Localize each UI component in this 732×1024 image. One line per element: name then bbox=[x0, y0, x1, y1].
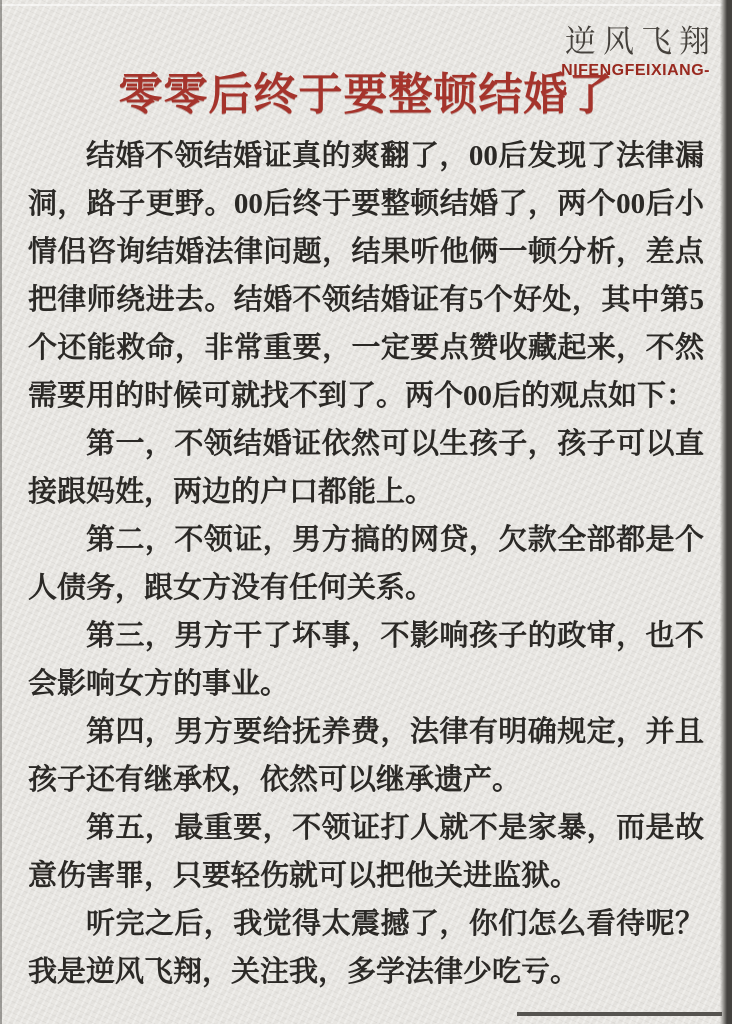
watermark-chinese-text: 逆风飞翔 bbox=[561, 26, 717, 57]
paper-page: 逆风飞翔 NIFENGFEIXIANG- 零零后终于要整顿结婚了 结婚不领结婚证… bbox=[0, 0, 732, 1024]
article-body: 结婚不领结婚证真的爽翻了，00后发现了法律漏洞，路子更野。00后终于要整顿结婚了… bbox=[0, 132, 732, 996]
paragraph: 第一，不领结婚证依然可以生孩子，孩子可以直接跟妈姓，两边的户口都能上。 bbox=[28, 420, 704, 516]
paragraph: 第五，最重要，不领证打人就不是家暴，而是故意伤害罪，只要轻伤就可以把他关进监狱。 bbox=[28, 804, 704, 900]
paragraph: 第二，不领证，男方搞的网贷，欠款全部都是个人债务，跟女方没有任何关系。 bbox=[28, 516, 704, 612]
paragraph: 结婚不领结婚证真的爽翻了，00后发现了法律漏洞，路子更野。00后终于要整顿结婚了… bbox=[28, 132, 704, 420]
photo-edge-top bbox=[0, 4, 732, 6]
page-title: 零零后终于要整顿结婚了 bbox=[0, 58, 732, 122]
paragraph: 第四，男方要给抚养费，法律有明确规定，并且孩子还有继承权，依然可以继承遗产。 bbox=[28, 708, 704, 804]
paragraph: 第三，男方干了坏事，不影响孩子的政审，也不会影响女方的事业。 bbox=[28, 612, 704, 708]
paragraph: 听完之后，我觉得太震撼了，你们怎么看待呢？我是逆风飞翔，关注我，多学法律少吃亏。 bbox=[28, 900, 704, 996]
photo-edge-bottom bbox=[517, 1012, 722, 1016]
